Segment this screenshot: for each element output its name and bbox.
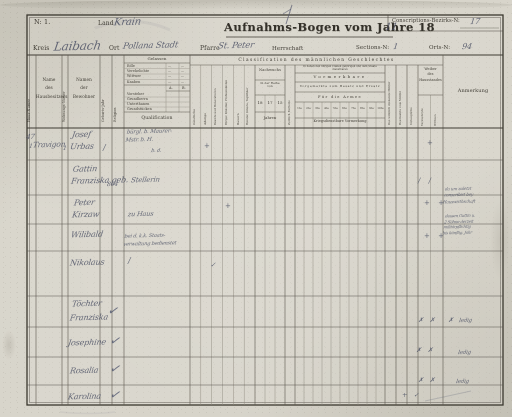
class-col-nobles: Adelige xyxy=(204,67,207,125)
nachwuchs-title: Nachwuchs xyxy=(255,68,285,72)
col-active-military: Das wirklich dienende Militär xyxy=(388,67,391,125)
class-1: 1te xyxy=(295,107,304,110)
class-8: 8te xyxy=(358,107,367,110)
classification-title: Classification des männlichen Geschlecht… xyxy=(190,58,443,63)
qual-block-col-b: B. xyxy=(182,86,186,90)
hw-row8-name: Rosalia xyxy=(69,365,99,378)
qual-block-rows2: Vorsteher Grundherrn Unterthanen Grundst… xyxy=(127,92,152,112)
class-4: 4te xyxy=(322,107,331,110)
hw-row6-marks: ✗ ✗ xyxy=(418,316,437,324)
nachwuchs-unit: Jahren xyxy=(255,116,285,120)
conscription-district-label: Conscriptions-Bezirks-N: xyxy=(392,18,460,24)
hw-row6-names: Töchter Franziska xyxy=(69,297,111,325)
class-5: 5te xyxy=(331,107,340,110)
hw-row1-class-mark: + xyxy=(204,142,210,150)
col-officials: Beamte und Honoratioren xyxy=(215,67,218,125)
vormerk-line1: In denen den übrigen Claßen gehörigen un… xyxy=(295,66,385,72)
col-women-widowed: Wittwen xyxy=(435,97,438,126)
col-header-house-number: Haus-Numer xyxy=(28,64,31,122)
hw-row1-qualification: bürgl. b. Maurer- Mstr. b. H. xyxy=(125,128,172,145)
hw-row3-remark-note: da um zuletzt conscribirt bey Hauswirths… xyxy=(443,186,478,206)
land-value-handwriting: Krain xyxy=(113,15,142,31)
section-number-label: Sections-N: xyxy=(356,45,389,52)
vormerk-line2: Vormerkbare xyxy=(295,75,385,80)
pfarre-value-handwriting: St. Peter xyxy=(217,40,255,54)
class-2: 2te xyxy=(304,107,313,110)
class-3: 3te xyxy=(313,107,322,110)
class-7: 7te xyxy=(349,107,358,110)
hw-row8-remark: ledig xyxy=(455,378,469,387)
col-unfit: Untaugliche xyxy=(410,67,413,125)
hw-row3-qualification: zu Haus xyxy=(127,209,154,220)
conscription-district-value: 17 xyxy=(469,16,481,29)
qual-block-rows1: Edle Verehelichte Wittwer Knaben xyxy=(127,64,149,86)
ort-value-handwriting: Pollana Stadt xyxy=(122,39,179,54)
women-group-title: Weiber des Hausstandes xyxy=(418,67,443,83)
hw-row7-name: Josephine xyxy=(67,337,107,350)
nachwuchs-age-18: 18 xyxy=(255,101,265,106)
hw-row1-qualification-extra: b. d. xyxy=(150,148,161,156)
hw-row3-names: Peter Kirzaw xyxy=(71,197,102,222)
col-women-married: Verehelichte xyxy=(422,97,425,126)
col-header-religion: Religion xyxy=(114,64,117,122)
hw-row5-class-mark: ✓ xyxy=(210,261,216,269)
vormerk-line3: Vorgemerkte zum Besatz und Ersatz xyxy=(295,85,385,89)
hw-row4-qualification: bei d. k.k. Staats- verwaltung bedienste… xyxy=(123,232,178,248)
hw-row2-birth-year: 864 xyxy=(106,180,118,190)
hw-row8-marks: ✗ ✗ xyxy=(418,376,437,384)
hw-row9-marks: + ✓ xyxy=(402,391,421,399)
hw-row6-remark: ledig xyxy=(458,317,472,326)
col-temporarily-exempt: Zeitlich Befreite xyxy=(288,67,291,125)
class-col-cottagers: Häusler, Inleute, Taglöhner xyxy=(247,67,250,125)
orts-number-value: 94 xyxy=(461,41,473,54)
col-header-inhabitants: Namen der Bewohner xyxy=(68,76,100,101)
class-6: 6te xyxy=(340,107,349,110)
kreis-value-handwriting: Laibach xyxy=(53,36,103,56)
col-header-remark: Anmerkung xyxy=(443,88,503,94)
scanned-census-sheet: N: 1. Land Krain Aufnahms-Bogen vom Jahr… xyxy=(0,0,512,417)
hw-row7-marks: ✗ ✗ xyxy=(416,346,435,354)
class-col-burghers: Bürger, Künstler, Professionisten xyxy=(226,67,229,125)
hw-row6-extra-mark: ✗ xyxy=(448,316,453,324)
hw-row4-name: Wilibald xyxy=(70,229,104,242)
hw-row1-birth-mark: / xyxy=(103,143,106,152)
col-furloughed-military: Beurlaubte vom Militär xyxy=(399,67,402,125)
vormerk-line4: Für die Armee xyxy=(295,95,385,99)
class-col-clergy: Geistliche xyxy=(193,67,196,125)
hw-row5-qual-mark: / xyxy=(128,256,131,265)
class-9: 9te xyxy=(367,107,376,110)
class-10: 10te xyxy=(376,107,385,110)
hw-row2-names: Gattin Franziska geb. xyxy=(70,162,131,188)
hw-row7-remark: ledig xyxy=(457,349,471,358)
hw-row9-name: Karolina xyxy=(67,391,102,404)
hw-row2-qualification: Stellerin xyxy=(130,175,160,187)
col-header-owner-name: Name des Hausbesitzers xyxy=(36,76,62,101)
orts-number-label: Orts-N: xyxy=(429,45,450,52)
hw-row1-right-mark: + xyxy=(427,139,433,147)
hw-row1-owner: Travigon xyxy=(32,139,66,151)
qualification-label: Qualification xyxy=(124,116,190,122)
qual-block-title: Gelassen xyxy=(124,57,190,62)
qual-block-dashes-2: — — — — xyxy=(181,64,184,86)
hw-row3-class-mark: + xyxy=(225,202,231,210)
nachwuchs-age-17: 17 xyxy=(265,101,275,106)
herrschaft-label: Herrschaft xyxy=(272,46,303,53)
land-label: Land xyxy=(98,20,114,27)
hw-row4-remark-note: dessen Gattin u. 2 Söhne derzeit militär… xyxy=(442,213,475,236)
hw-row1-names: Josef Urbas xyxy=(69,129,96,154)
nachwuchs-age-15: 15 xyxy=(275,101,285,106)
hw-row5-name: Nikolaus xyxy=(69,257,105,270)
vormerk-bottom: Kriegsdienstbare Vormerkung xyxy=(295,120,385,124)
hw-row2-marks: / / xyxy=(418,177,434,185)
ort-label: Ort xyxy=(109,45,120,52)
qual-block-col-a: A. xyxy=(169,86,173,90)
sheet-number-label: N: 1. xyxy=(34,19,50,27)
class-col-farmers: Bauern xyxy=(237,67,240,125)
col-header-dwelling-number: Wohnungs-Numer xyxy=(63,62,66,122)
nachwuchs-line: In der Reihe von xyxy=(255,82,285,89)
qual-block-dashes-1: — — — — xyxy=(168,64,171,86)
col-header-birth-year: Geburts-Jahr xyxy=(102,64,105,122)
kreis-label: Kreis xyxy=(33,45,49,52)
